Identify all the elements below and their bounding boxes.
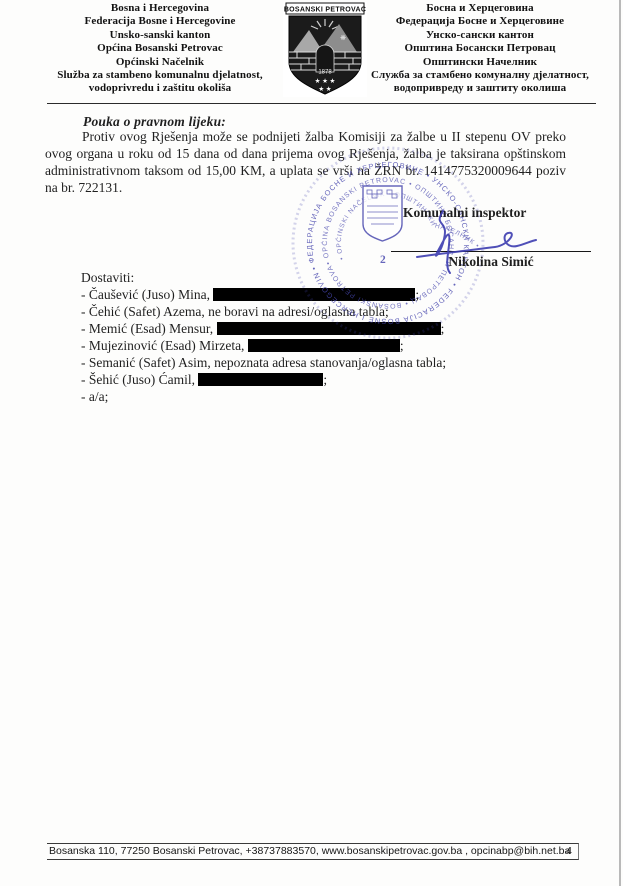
list-item: - Šehić (Juso) Ćamil, ; [81,371,446,388]
scan-edge-artifact [619,0,621,886]
list-item: - a/a; [81,388,446,405]
signature-line [391,251,591,252]
stamp-number: 2 [380,254,386,266]
recipient-text: - Memić (Esad) Mensur, [81,321,217,336]
letterhead-line: водопривреду и заштиту околиша [345,82,615,95]
list-item: - Memić (Esad) Mensur, ; [81,320,446,337]
page-footer: Bosanska 110, 77250 Bosanski Petrovac, +… [47,843,579,860]
emblem-stars: ★ ★ ★ [315,77,336,85]
recipient-text: - Čaušević (Juso) Mina, [81,287,213,302]
letterhead-line: Unsko-sanski kanton [40,29,280,42]
recipient-text: ; [415,287,419,302]
footer-address: Bosanska 110, 77250 Bosanski Petrovac, +… [49,844,570,858]
page-number: 4 [566,844,572,858]
legal-remedy-paragraph: Protiv ovog Rješenja može se podnijeti ž… [45,128,566,196]
redaction-bar [248,339,400,352]
distribution-list: Dostaviti: - Čaušević (Juso) Mina, ; - Č… [81,269,446,405]
redaction-bar [217,322,441,335]
letterhead-line: vodoprivredu i zaštitu okoliša [40,82,280,95]
emblem-year: 1878 [318,70,332,76]
letterhead-latin: Bosna i Hercegovina Federacija Bosne i H… [40,2,280,96]
list-item: - Čaušević (Juso) Mina, ; [81,286,446,303]
recipient-text: - Čehić (Safet) Azema, ne boravi na adre… [81,304,389,319]
document-page: Bosna i Hercegovina Federacija Bosne i H… [0,0,623,886]
distribution-heading: Dostaviti: [81,269,446,286]
list-item: - Čehić (Safet) Azema, ne boravi na adre… [81,303,446,320]
list-item: - Mujezinović (Esad) Mirzeta, ; [81,337,446,354]
letterhead-line: Federacija Bosne i Hercegovine [40,15,280,28]
signatory-title: Komunalni inspektor [403,205,526,221]
letterhead-line: Служба за стамбено комуналну дјелатност, [345,69,615,82]
letterhead-line: Општински Начелник [345,56,615,69]
signatory-name: Nikolina Simić [391,254,591,270]
letterhead-cyrillic: Босна и Херцеговина Федерација Босне и Х… [345,2,615,96]
recipient-text: - Šehić (Juso) Ćamil, [81,372,198,387]
recipient-text: - Mujezinović (Esad) Mirzeta, [81,338,248,353]
redaction-bar [198,373,323,386]
letterhead-line: Općinski Načelnik [40,56,280,69]
recipient-text: ; [323,372,327,387]
recipient-text: - a/a; [81,389,108,404]
header-divider [47,103,596,104]
letterhead-line: Федерација Босне и Херцеговине [345,15,615,28]
letterhead-line: Општина Босански Петровац [345,42,615,55]
emblem-stars: ★ ★ [318,85,331,93]
redaction-bar [213,288,415,301]
letterhead-line: Služba za stambeno komunalnu djelatnost, [40,69,280,82]
letterhead-line: Bosna i Hercegovina [40,2,280,15]
letterhead-line: Općina Bosanski Petrovac [40,42,280,55]
letterhead-line: Унско-сански кантон [345,29,615,42]
recipient-text: - Semanić (Safet) Asim, nepoznata adresa… [81,355,446,370]
letterhead-line: Босна и Херцеговина [345,2,615,15]
recipient-text: ; [441,321,445,336]
recipient-text: ; [400,338,404,353]
list-item: - Semanić (Safet) Asim, nepoznata adresa… [81,354,446,371]
